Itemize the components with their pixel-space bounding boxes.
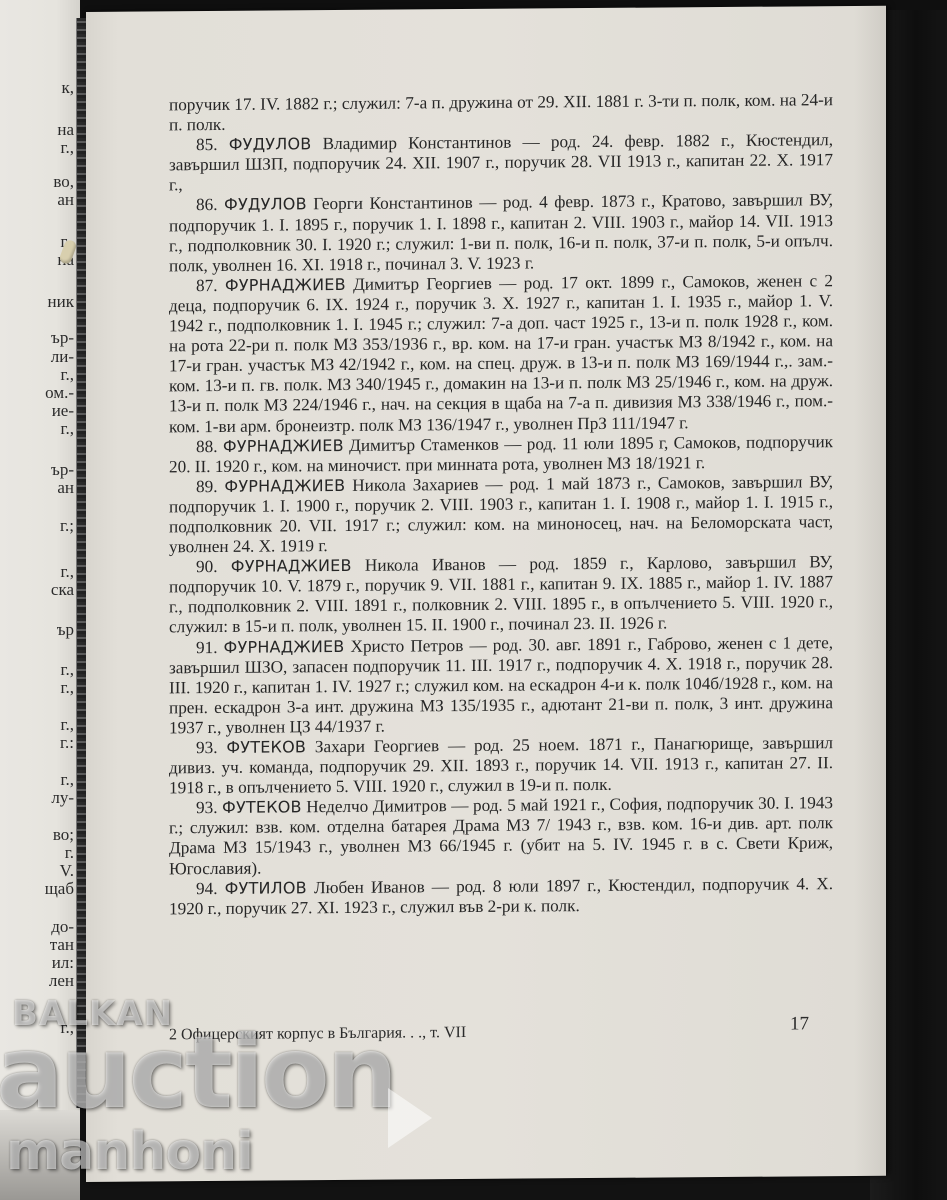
right-page: поручик 17. IV. 1882 г.; служил: 7-а п. … [86,6,886,1182]
entry-text: поручик 17. IV. 1882 г.; служил: 7-а п. … [169,90,833,134]
left-page-text-fragment: ан [57,190,74,210]
left-page-text-fragment: во; [53,825,74,845]
footer-source-line: 2 Офицерският корпус в България. . ., т.… [169,1024,466,1044]
entry-number: 93. [196,798,217,817]
left-page-text-fragment: ли- [51,347,74,367]
entry-item: 93. ФУТЕКОВ Захари Георгиев — род. 25 но… [169,733,833,798]
entry-item: 86. ФУДУЛОВ Георги Константинов — род. 4… [169,191,833,277]
left-page-text-fragment: до- [51,917,74,937]
entry-surname: ФУДУЛОВ [224,195,307,215]
left-page-text-fragment: ом.- [45,383,74,403]
entry-number: 88. [196,437,217,456]
entry-item: 89. ФУРНАДЖИЕВ Никола Захариев — род. 1 … [169,472,833,558]
entry-number: 87. [196,276,217,295]
entry-continuation: поручик 17. IV. 1882 г.; служил: 7-а п. … [169,90,833,135]
entry-number: 93. [196,738,217,757]
left-page-text-fragment: г.; [60,516,74,536]
entry-surname: ФУТЕКОВ [222,798,302,818]
left-page-text-fragment: ър- [51,328,74,348]
left-page-shadow [0,1110,80,1200]
left-page-text-fragment: щаб [45,879,74,899]
entry-item: 94. ФУТИЛОВ Любен Иванов — род. 8 юли 18… [169,874,833,919]
left-page-text-fragment: г., [60,419,74,439]
left-page: к,наг.,во,анг.,наникър-ли-г.,ом.-ие-г.,ъ… [0,0,80,1200]
left-page-text-fragment: ър- [51,460,74,480]
entry-item: 85. ФУДУЛОВ Владимир Константинов — род.… [169,130,833,195]
left-page-text-fragment: лен [49,971,74,991]
entry-number: 85. [196,135,217,154]
entry-surname: ФУРНАДЖИЕВ [224,637,345,657]
left-page-text-fragment: г., [60,660,74,680]
entry-surname: ФУРНАДЖИЕВ [231,556,352,576]
entry-surname: ФУТИЛОВ [225,878,307,898]
left-page-text-fragment: г., [60,138,74,158]
left-page-text-fragment: г., [60,1018,74,1038]
left-page-text-fragment: ил: [52,953,74,973]
entry-surname: ФУТЕКОВ [226,737,306,757]
entry-item: 87. ФУРНАДЖИЕВ Димитър Георгиев — род. 1… [169,271,833,437]
entry-surname: ФУДУЛОВ [229,134,312,154]
left-page-text-fragment: лу- [51,788,74,808]
entry-number: 90. [196,557,217,576]
left-page-text-fragment: тан [50,935,74,955]
left-page-text-fragment: г., [60,562,74,582]
entry-number: 91. [196,637,217,656]
entry-item: 91. ФУРНАДЖИЕВ Христо Петров — род. 30. … [169,633,833,739]
entry-text: Димитър Георгиев — род. 17 окт. 1899 г.,… [169,271,833,436]
entry-number: 94. [196,879,217,898]
entry-surname: ФУРНАДЖИЕВ [224,476,345,496]
left-page-text-fragment: г., [60,770,74,790]
entry-item: 90. ФУРНАДЖИЕВ Никола Иванов — род. 1859… [169,552,833,638]
left-page-text-fragment: г., [60,678,74,698]
entry-surname: ФУРНАДЖИЕВ [225,275,346,295]
left-page-text-fragment: во, [53,172,74,192]
left-page-text-fragment: г. [65,843,74,863]
left-page-text-fragment: V. [60,861,74,881]
left-page-text-fragment: г.: [60,733,74,753]
left-page-text-fragment: на [57,120,74,140]
left-page-text-fragment: г., [60,365,74,385]
entry-item: 93. ФУТЕКОВ Неделчо Димитров — род. 5 ма… [169,793,833,879]
left-page-text-fragment: ър [57,620,74,640]
left-page-text-fragment: ан [57,478,74,498]
page-number: 17 [790,1013,809,1035]
left-page-text-fragment: ник [48,292,74,312]
document-body: поручик 17. IV. 1882 г.; служил: 7-а п. … [169,90,833,919]
entry-item: 88. ФУРНАДЖИЕВ Димитър Стаменков — род. … [169,432,833,477]
left-page-text-fragment: ие- [52,401,74,421]
entry-number: 86. [196,195,217,214]
left-page-text-fragment: к, [61,78,74,98]
entry-surname: ФУРНАДЖИЕВ [223,436,344,456]
entry-number: 89. [196,477,217,496]
left-page-text-fragment: г., [60,715,74,735]
left-page-text-fragment: ска [51,580,74,600]
